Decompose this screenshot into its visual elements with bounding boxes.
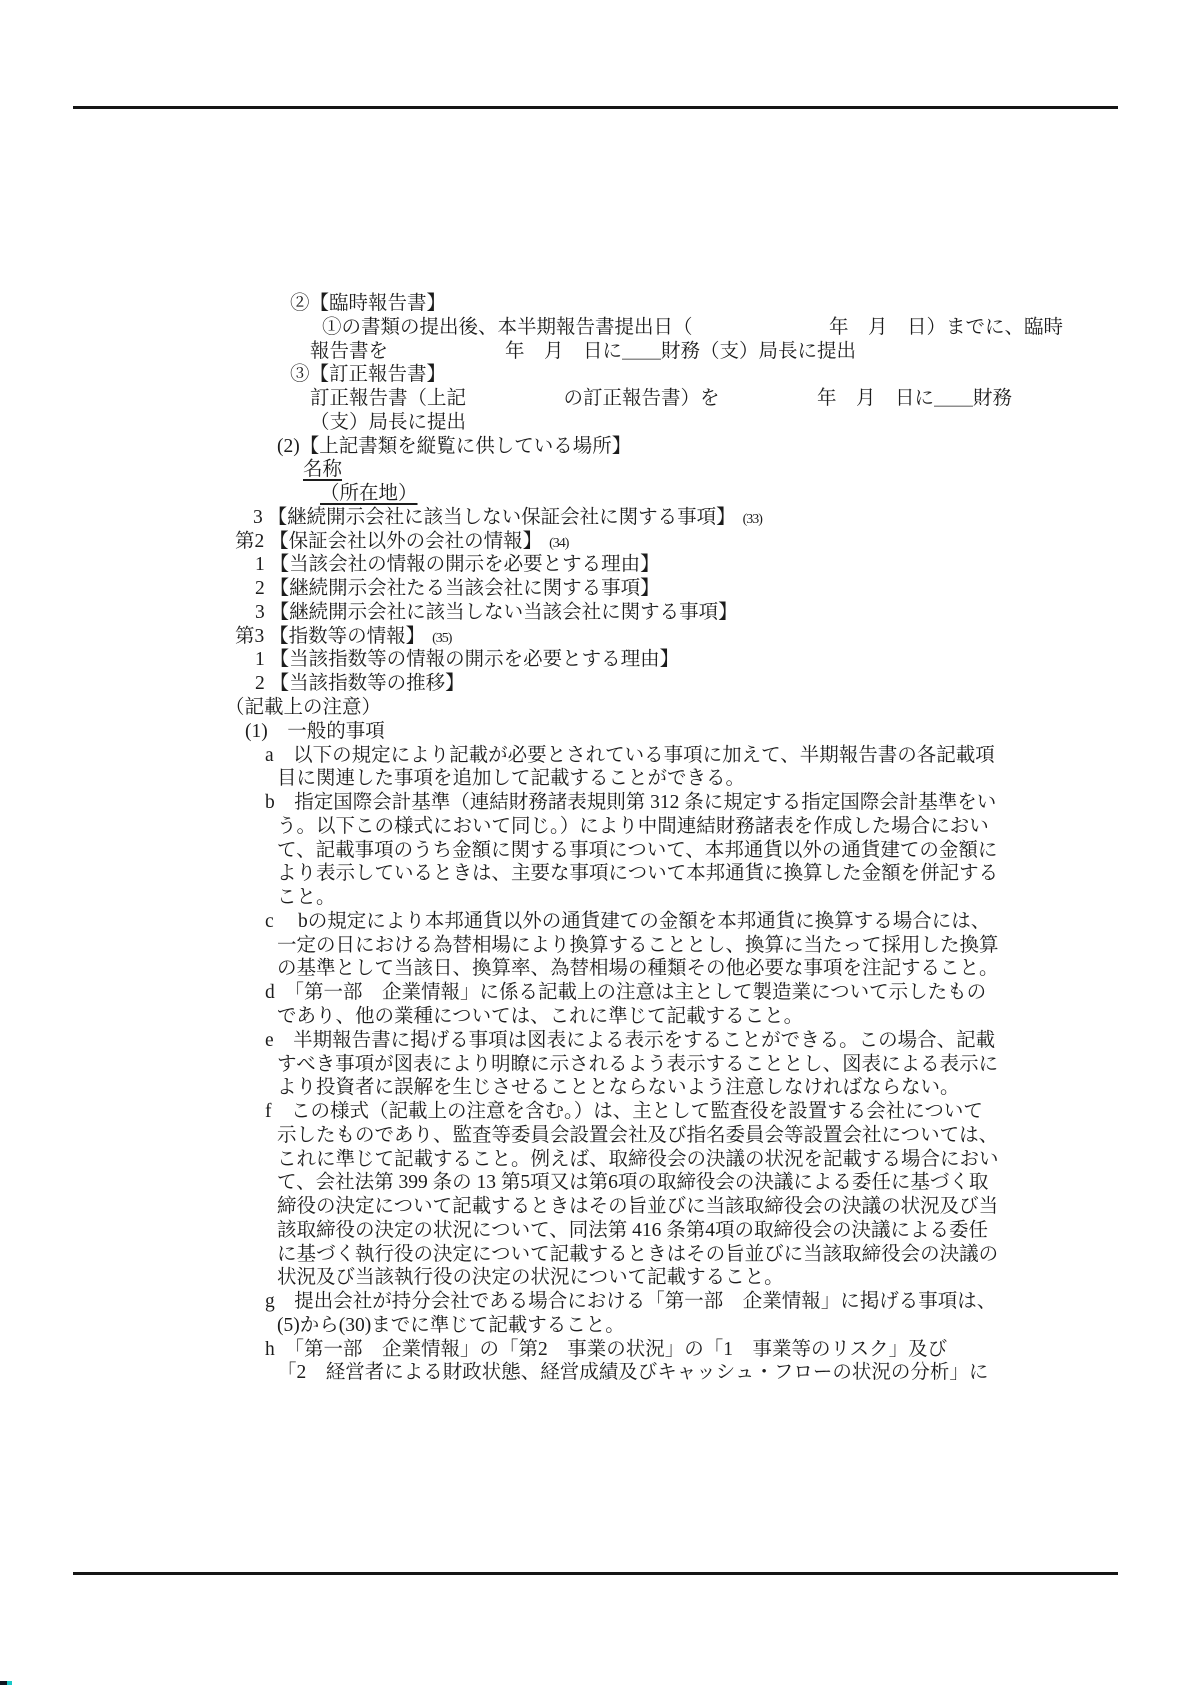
doc-line-35: f この様式（記載上の注意を含む。）は、主として監査役を設置する会社について — [0, 1100, 1192, 1124]
doc-line-7: (2)【上記書類を縦覧に供している場所】 — [0, 435, 1192, 459]
document-page: ②【臨時報告書】①の書類の提出後、本半期報告書提出日（ 年 月 日）までに、臨時… — [0, 0, 1192, 1685]
line-text: ①の書類の提出後、本半期報告書提出日（ 年 月 日）までに、臨時 — [322, 317, 1063, 338]
line-text: g 提出会社が持分会社である場合における「第一部 企業情報」に掲げる事項は、 — [265, 1291, 996, 1312]
doc-line-12: 1 【当該会社の情報の開示を必要とする理由】 — [0, 553, 1192, 577]
doc-line-38: て、会社法第 399 条の 13 第5項又は第6項の取締役会の決議による委任に基… — [0, 1171, 1192, 1195]
note-number: (35) — [432, 631, 451, 646]
line-text: こと。 — [277, 887, 336, 908]
line-text: ③【訂正報告書】 — [290, 364, 446, 385]
doc-line-37: これに準じて記載すること。例えば、取締役会の決議の状況を記載する場合におい — [0, 1148, 1192, 1172]
line-text: であり、他の業種については、これに準じて記載すること。 — [277, 1006, 803, 1027]
doc-line-28: 一定の日における為替相場により換算することとし、換算に当たって採用した換算 — [0, 934, 1192, 958]
line-text: b 指定国際会計基準（連結財務諸表規則第 312 条に規定する指定国際会計基準を… — [265, 792, 996, 813]
document-body: ②【臨時報告書】①の書類の提出後、本半期報告書提出日（ 年 月 日）までに、臨時… — [0, 292, 1192, 1385]
line-text: の基準として当該日、換算率、為替相場の種類その他必要な事項を注記すること。 — [277, 958, 999, 979]
doc-line-32: e 半期報告書に掲げる事項は図表による表示をすることができる。この場合、記載 — [0, 1029, 1192, 1053]
doc-line-8: 名称 — [0, 458, 1192, 482]
line-text: 3 【継続開示会社に該当しない当該会社に関する事項】 — [255, 602, 738, 623]
doc-line-40: 該取締役の決定の状況について、同法第 416 条第4項の取締役会の決議による委任 — [0, 1219, 1192, 1243]
doc-line-13: 2 【継続開示会社たる当該会社に関する事項】 — [0, 577, 1192, 601]
line-text: より投資者に誤解を生じさせることとならないよう注意しなければならない。 — [277, 1077, 960, 1098]
note-number: (33) — [743, 512, 762, 527]
line-text: 第3 【指数等の情報】 — [235, 626, 425, 647]
line-text: ②【臨時報告書】 — [290, 293, 446, 314]
doc-line-33: すべき事項が図表により明瞭に示されるよう表示することとし、図表による表示に — [0, 1053, 1192, 1077]
line-text: e 半期報告書に掲げる事項は図表による表示をすることができる。この場合、記載 — [265, 1030, 995, 1051]
line-text: 2 【当該指数等の推移】 — [255, 673, 465, 694]
doc-line-43: g 提出会社が持分会社である場合における「第一部 企業情報」に掲げる事項は、 — [0, 1290, 1192, 1314]
line-text: 「2 経営者による財政状態、経営成績及びキャッシュ・フローの状況の分析」に — [277, 1362, 988, 1383]
doc-line-20: a 以下の規定により記載が必要とされている事項に加えて、半期報告書の各記載項 — [0, 744, 1192, 768]
doc-line-39: 締役の決定について記載するときはその旨並びに当該取締役会の決議の状況及び当 — [0, 1195, 1192, 1219]
line-text: c bの規定により本邦通貨以外の通貨建ての金額を本邦通貨に換算する場合には、 — [265, 911, 990, 932]
line-text: う。以下この様式において同じ。）により中間連結財務諸表を作成した場合におい — [277, 816, 989, 837]
doc-line-5: 訂正報告書（上記 の訂正報告書）を 年 月 日に＿＿財務 — [0, 387, 1192, 411]
doc-line-23: う。以下この様式において同じ。）により中間連結財務諸表を作成した場合におい — [0, 815, 1192, 839]
doc-line-24: て、記載事項のうち金額に関する事項について、本邦通貨以外の通貨建ての金額に — [0, 839, 1192, 863]
line-text: (1) 一般的事項 — [245, 721, 385, 742]
doc-line-42: 状況及び当該執行役の決定の状況について記載すること。 — [0, 1266, 1192, 1290]
line-text: 報告書を 年 月 日に＿＿財務（支）局長に提出 — [310, 341, 856, 362]
doc-line-17: 2 【当該指数等の推移】 — [0, 672, 1192, 696]
doc-line-11: 第2 【保証会社以外の会社の情報】(34) — [0, 530, 1192, 554]
doc-line-9: （所在地） — [0, 482, 1192, 506]
line-text: 1 【当該会社の情報の開示を必要とする理由】 — [255, 554, 660, 575]
line-text: 目に関連した事項を追加して記載することができる。 — [277, 768, 745, 789]
doc-line-3: 報告書を 年 月 日に＿＿財務（支）局長に提出 — [0, 340, 1192, 364]
line-text: f この様式（記載上の注意を含む。）は、主として監査役を設置する会社について — [265, 1101, 983, 1122]
line-text: 第2 【保証会社以外の会社の情報】 — [235, 531, 542, 552]
bottom-horizontal-rule — [73, 1572, 1118, 1575]
doc-line-45: h 「第一部 企業情報」の「第2 事業の状況」の「1 事業等のリスク」及び — [0, 1338, 1192, 1362]
doc-line-31: であり、他の業種については、これに準じて記載すること。 — [0, 1005, 1192, 1029]
line-text: これに準じて記載すること。例えば、取締役会の決議の状況を記載する場合におい — [277, 1149, 999, 1170]
line-text: h 「第一部 企業情報」の「第2 事業の状況」の「1 事業等のリスク」及び — [265, 1339, 947, 1360]
line-text: 示したものであり、監査等委員会設置会社及び指名委員会等設置会社については、 — [277, 1125, 998, 1146]
line-text: (5)から(30)までに準じて記載すること。 — [277, 1315, 625, 1336]
scan-edge-artifact — [0, 1681, 12, 1685]
doc-line-30: d 「第一部 企業情報」に係る記載上の注意は主として製造業について示したもの — [0, 981, 1192, 1005]
line-text: 2 【継続開示会社たる当該会社に関する事項】 — [255, 578, 660, 599]
doc-line-22: b 指定国際会計基準（連結財務諸表規則第 312 条に規定する指定国際会計基準を… — [0, 791, 1192, 815]
underlined-label: （所在地） — [320, 483, 418, 504]
doc-line-25: より表示しているときは、主要な事項について本邦通貨に換算した金額を併記する — [0, 862, 1192, 886]
line-text: （支）局長に提出 — [310, 412, 466, 433]
top-horizontal-rule — [73, 106, 1118, 109]
line-text: より表示しているときは、主要な事項について本邦通貨に換算した金額を併記する — [277, 863, 998, 884]
line-text: て、会社法第 399 条の 13 第5項又は第6項の取締役会の決議による委任に基… — [277, 1172, 988, 1193]
line-text: 訂正報告書（上記 の訂正報告書）を 年 月 日に＿＿財務 — [310, 388, 1012, 409]
note-number: (34) — [549, 536, 568, 551]
scan-edge-artifact-cyan — [7, 1681, 12, 1685]
line-text: 1 【当該指数等の情報の開示を必要とする理由】 — [255, 649, 679, 670]
doc-line-2: ①の書類の提出後、本半期報告書提出日（ 年 月 日）までに、臨時 — [0, 316, 1192, 340]
doc-line-19: (1) 一般的事項 — [0, 720, 1192, 744]
line-text: (2)【上記書類を縦覧に供している場所】 — [277, 436, 631, 457]
doc-line-15: 第3 【指数等の情報】(35) — [0, 625, 1192, 649]
line-text: a 以下の規定により記載が必要とされている事項に加えて、半期報告書の各記載項 — [265, 745, 995, 766]
line-text: 状況及び当該執行役の決定の状況について記載すること。 — [277, 1267, 784, 1288]
line-text: d 「第一部 企業情報」に係る記載上の注意は主として製造業について示したもの — [265, 982, 986, 1003]
line-text: （記載上の注意） — [225, 697, 381, 718]
doc-line-26: こと。 — [0, 886, 1192, 910]
scan-edge-artifact-dark — [0, 1681, 7, 1685]
doc-line-14: 3 【継続開示会社に該当しない当該会社に関する事項】 — [0, 601, 1192, 625]
doc-line-4: ③【訂正報告書】 — [0, 363, 1192, 387]
doc-line-18: （記載上の注意） — [0, 696, 1192, 720]
doc-line-41: に基づく執行役の決定について記載するときはその旨並びに当該取締役会の決議の — [0, 1243, 1192, 1267]
doc-line-34: より投資者に誤解を生じさせることとならないよう注意しなければならない。 — [0, 1076, 1192, 1100]
line-text: 一定の日における為替相場により換算することとし、換算に当たって採用した換算 — [277, 935, 999, 956]
doc-line-44: (5)から(30)までに準じて記載すること。 — [0, 1314, 1192, 1338]
line-text: 締役の決定について記載するときはその旨並びに当該取締役会の決議の状況及び当 — [277, 1196, 998, 1217]
doc-line-29: の基準として当該日、換算率、為替相場の種類その他必要な事項を注記すること。 — [0, 957, 1192, 981]
doc-line-1: ②【臨時報告書】 — [0, 292, 1192, 316]
doc-line-46: 「2 経営者による財政状態、経営成績及びキャッシュ・フローの状況の分析」に — [0, 1361, 1192, 1385]
line-text: て、記載事項のうち金額に関する事項について、本邦通貨以外の通貨建ての金額に — [277, 840, 997, 861]
underlined-label: 名称 — [303, 459, 342, 480]
doc-line-6: （支）局長に提出 — [0, 411, 1192, 435]
doc-line-27: c bの規定により本邦通貨以外の通貨建ての金額を本邦通貨に換算する場合には、 — [0, 910, 1192, 934]
doc-line-16: 1 【当該指数等の情報の開示を必要とする理由】 — [0, 648, 1192, 672]
line-text: 3 【継続開示会社に該当しない保証会社に関する事項】 — [253, 507, 736, 528]
line-text: すべき事項が図表により明瞭に示されるよう表示することとし、図表による表示に — [277, 1054, 998, 1075]
doc-line-36: 示したものであり、監査等委員会設置会社及び指名委員会等設置会社については、 — [0, 1124, 1192, 1148]
doc-line-10: 3 【継続開示会社に該当しない保証会社に関する事項】(33) — [0, 506, 1192, 530]
line-text: 該取締役の決定の状況について、同法第 416 条第4項の取締役会の決議による委任 — [277, 1220, 988, 1241]
line-text: に基づく執行役の決定について記載するときはその旨並びに当該取締役会の決議の — [277, 1244, 998, 1265]
doc-line-21: 目に関連した事項を追加して記載することができる。 — [0, 767, 1192, 791]
